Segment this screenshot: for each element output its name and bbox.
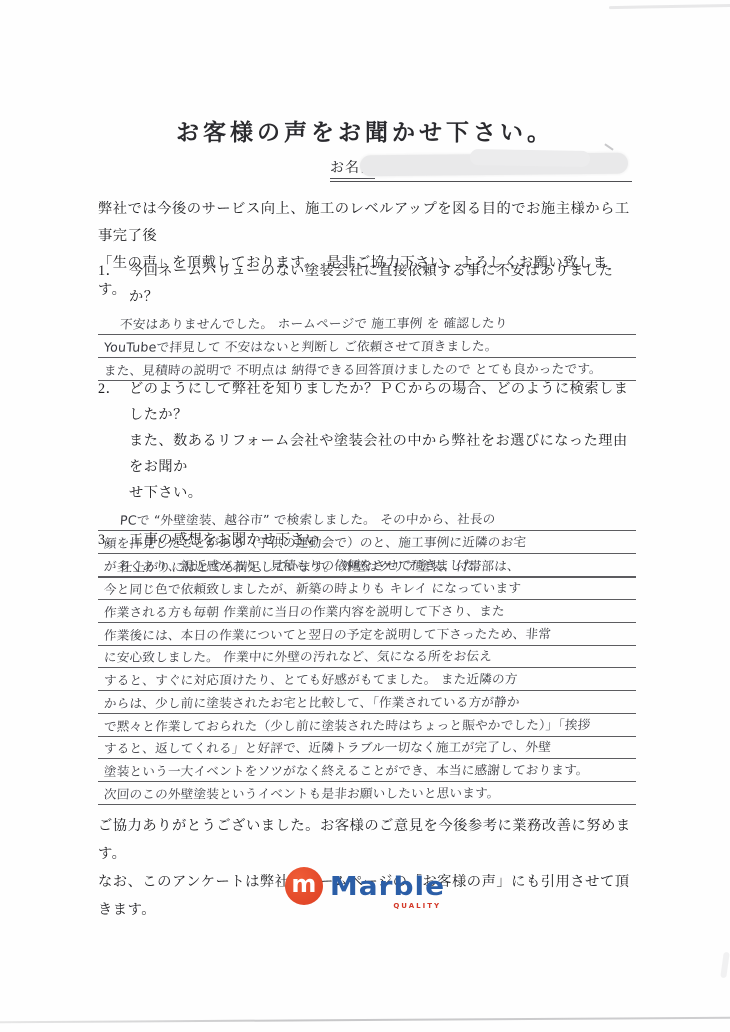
question-1-answers: 不安はありませんでした。 ホームページで 施工事例 を 確認したり YouTub… xyxy=(98,312,636,381)
closing-line: ご協力ありがとうございました。お客様のご意見を今後参考に業務改善に努めます。 xyxy=(98,812,636,868)
handwritten-text: 作業される方も毎朝 作業前に当日の作業内容を説明して下さり、また xyxy=(97,600,505,622)
answer-ruled-line: 塗装という一大イベントをソツがなく終えることができ、本当に感謝しております。 xyxy=(98,759,636,782)
answer-ruled-line: 今と同じ色で依頼致しましたが、新築の時よりも キレイ になっています xyxy=(98,578,636,601)
name-field: お名前 xyxy=(330,156,632,182)
question-prompt-line: どのようにして弊社を知りましたか？ＰＣからの場合、どのように検索しましたか？ xyxy=(129,376,636,428)
marble-logo: m Marble QUALITY xyxy=(0,864,730,908)
question-2-prompt: 2． どのようにして弊社を知りましたか？ＰＣからの場合、どのように検索しましたか… xyxy=(98,376,636,506)
handwritten-text: YouTubeで拝見して 不安はないと判断し ご依頼させて頂きました。 xyxy=(97,335,498,357)
answer-ruled-line: からは、少し前に塗装されたお宅と比較して、「作業されている方が静か xyxy=(98,691,636,714)
handwritten-text: 次回のこの外壁塗装というイベントも是非お願いしたいと思います。 xyxy=(97,782,500,804)
scan-artifact-bottom-line xyxy=(0,1017,730,1023)
answer-ruled-line: 作業される方も毎朝 作業前に当日の作業内容を説明して下さり、また xyxy=(98,600,636,623)
handwritten-text: 塗装という一大イベントをソツがなく終えることができ、本当に感謝しております。 xyxy=(97,759,589,782)
answer-ruled-line: すると、返してくれる」と好評で、近隣トラブル一切なく施工が完了し、外壁 xyxy=(98,737,636,760)
brand-text-wrap: Marble QUALITY xyxy=(330,870,445,903)
scanned-questionnaire-page: お客様の声をお聞かせ下さい。 お名前 弊社では今後のサービス向上、施工のレベルア… xyxy=(0,0,730,1032)
handwritten-text: で黙々と作業しておられた（少し前に塗装された時はちょっと賑やかでした）」「挨拶 xyxy=(97,714,591,737)
answer-ruled-line: で黙々と作業しておられた（少し前に塗装された時はちょっと賑やかでした）」「挨拶 xyxy=(98,714,636,737)
question-1-number: 1． xyxy=(98,258,120,284)
brand-text: Marble xyxy=(330,871,445,901)
brand-tagline: QUALITY xyxy=(393,902,441,910)
question-prompt-line: また、数あるリフォーム会社や塗装会社の中から弊社をお選びになった理由をお聞か xyxy=(129,428,636,480)
scan-artifact-right-smudge xyxy=(720,952,730,979)
intro-line: 弊社では今後のサービス向上、施工のレベルアップを図る目的でお施主様から工事完了後 xyxy=(98,196,636,250)
handwritten-text: 作業後には、本日の作業についてと翌日の予定を説明して下さったため、非常 xyxy=(97,623,552,646)
name-redaction-blob-2 xyxy=(470,149,590,167)
handwritten-text: 仕上がりにはとても満足しています。 外壁はクリア塗装、付帯部は、 xyxy=(97,555,520,577)
question-2-number: 2． xyxy=(98,376,120,402)
answer-ruled-line: 不安はありませんでした。 ホームページで 施工事例 を 確認したり xyxy=(98,312,636,335)
answer-ruled-line: 仕上がりにはとても満足しています。 外壁はクリア塗装、付帯部は、 xyxy=(98,555,636,578)
question-3-answers: 仕上がりにはとても満足しています。 外壁はクリア塗装、付帯部は、 今と同じ色で依… xyxy=(98,555,636,805)
handwritten-text: に安心致しました。 作業中に外壁の汚れなど、気になる所をお伝え xyxy=(97,646,493,668)
handwritten-text: 不安はありませんでした。 ホームページで 施工事例 を 確認したり xyxy=(97,312,508,334)
question-3-prompt: 3． 工事の感想をお聞かせ下さい xyxy=(98,527,636,553)
question-1: 1． 今回ネームバリューのない塗装会社に直接依頼する事に不安はありましたか？ 不… xyxy=(98,258,636,381)
handwritten-text: すると、すぐに対応頂けたり、とても好感がもてました。 また近隣の方 xyxy=(97,668,518,690)
answer-ruled-line: 作業後には、本日の作業についてと翌日の予定を説明して下さったため、非常 xyxy=(98,623,636,646)
question-prompt-line: 今回ネームバリューのない塗装会社に直接依頼する事に不安はありましたか？ xyxy=(129,258,636,310)
handwritten-text: 今と同じ色で依頼致しましたが、新築の時よりも キレイ になっています xyxy=(97,578,522,600)
answer-ruled-line: 次回のこの外壁塗装というイベントも是非お願いしたいと思います。 xyxy=(98,782,636,805)
answer-ruled-line: に安心致しました。 作業中に外壁の汚れなど、気になる所をお伝え xyxy=(98,646,636,669)
page-title: お客様の声をお聞かせ下さい。 xyxy=(0,114,730,147)
marble-m-icon: m xyxy=(285,867,323,905)
question-3-number: 3． xyxy=(98,527,120,553)
question-prompt-line: 工事の感想をお聞かせ下さい xyxy=(129,527,636,553)
handwritten-text: からは、少し前に塗装されたお宅と比較して、「作業されている方が静か xyxy=(97,691,520,713)
handwritten-text: すると、返してくれる」と好評で、近隣トラブル一切なく施工が完了し、外壁 xyxy=(97,736,552,759)
answer-ruled-line: YouTubeで拝見して 不安はないと判断し ご依頼させて頂きました。 xyxy=(98,335,636,358)
question-prompt-line: せ下さい。 xyxy=(129,480,636,506)
question-3: 3． 工事の感想をお聞かせ下さい 仕上がりにはとても満足しています。 外壁はクリ… xyxy=(98,527,636,805)
answer-ruled-line: すると、すぐに対応頂けたり、とても好感がもてました。 また近隣の方 xyxy=(98,668,636,691)
scan-artifact-top-smudge xyxy=(609,4,730,9)
question-1-prompt: 1． 今回ネームバリューのない塗装会社に直接依頼する事に不安はありましたか？ xyxy=(98,258,636,310)
